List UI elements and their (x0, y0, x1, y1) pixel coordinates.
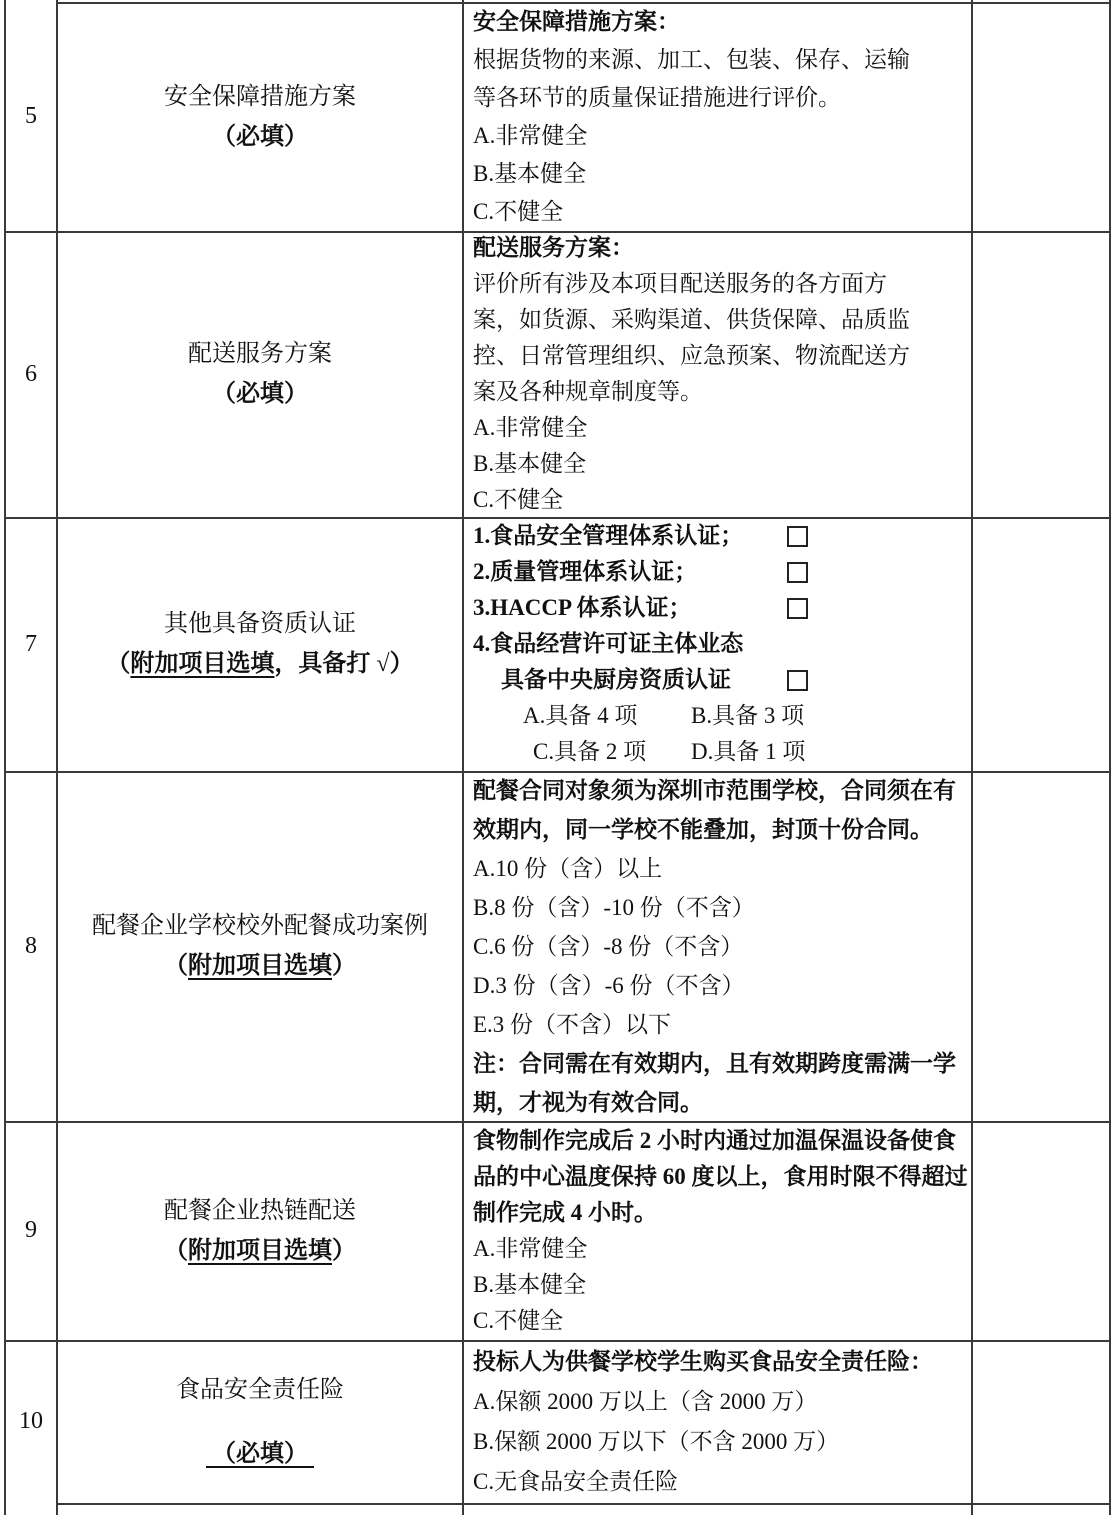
item-name-line: 安全保障措施方案 (164, 77, 356, 117)
criteria-line: 评价所有涉及本项目配送服务的各方面方 (473, 266, 965, 302)
criteria-line: 根据货物的来源、加工、包装、保存、运输 (473, 41, 965, 79)
criteria-line: 等各环节的质量保证措施进行评价。 (473, 79, 965, 117)
criteria-line: C.6 份（含）-8 份（不含） (473, 927, 965, 966)
item-name-cell: 其他具备资质认证（附加项目选填，具备打 √） (58, 517, 462, 771)
item-name-cell: 配餐企业热链配送（附加项目选填） (58, 1121, 462, 1340)
checkbox-icon (787, 670, 808, 691)
criteria-line: A.10 份（含）以上 (473, 849, 965, 888)
row-number-cell: 10 (6, 1340, 56, 1503)
criteria-line: A.具备 4 项B.具备 3 项 (473, 698, 965, 734)
criteria-line: B.保额 2000 万以下（不含 2000 万） (473, 1422, 965, 1462)
item-name-line: （必填） (206, 1434, 314, 1474)
option-label: A.具备 4 项 (523, 698, 691, 734)
criteria-line: A.非常健全 (473, 410, 965, 446)
criteria-line: 效期内，同一学校不能叠加，封顶十份合同。 (473, 810, 965, 849)
item-name-line: （附加项目选填） (164, 946, 356, 986)
criteria-line: 投标人为供餐学校学生购买食品安全责任险： (473, 1342, 965, 1382)
score-cell (973, 1121, 1109, 1340)
criteria-line: 案，如货源、采购渠道、供货保障、品质监 (473, 302, 965, 338)
criteria-cell: 配送服务方案：评价所有涉及本项目配送服务的各方面方案，如货源、采购渠道、供货保障… (464, 231, 969, 517)
criteria-line: 3.HACCP 体系认证； (473, 590, 965, 626)
item-name-line: （附加项目选填，具备打 √） (106, 644, 413, 684)
row-number-cell: 7 (6, 517, 56, 771)
item-name-line: （附加项目选填） (164, 1231, 356, 1271)
criteria-line: C.不健全 (473, 1303, 965, 1339)
criteria-line: 期，才视为有效合同。 (473, 1083, 965, 1122)
criteria-line: A.保额 2000 万以上（含 2000 万） (473, 1382, 965, 1422)
criteria-line: 1.食品安全管理体系认证； (473, 518, 965, 554)
score-cell (973, 2, 1109, 231)
criteria-line: 注：合同需在有效期内，且有效期跨度需满一学 (473, 1044, 965, 1083)
item-name-line: 食品安全责任险 (176, 1370, 344, 1410)
criteria-line: 食物制作完成后 2 小时内通过加温保温设备使食 (473, 1123, 965, 1159)
score-cell (973, 231, 1109, 517)
criteria-cell: 1.食品安全管理体系认证；2.质量管理体系认证；3.HACCP 体系认证；4.食… (464, 517, 969, 771)
row-number-cell: 9 (6, 1121, 56, 1340)
option-label: C.具备 2 项 (533, 734, 691, 770)
item-name-line: （必填） (212, 374, 308, 414)
item-name-cell: 配送服务方案（必填） (58, 231, 462, 517)
criteria-line: B.基本健全 (473, 155, 965, 193)
checkbox-icon (787, 526, 808, 547)
checkbox-icon (787, 562, 808, 583)
item-name-line: 配餐企业热链配送 (164, 1191, 356, 1231)
table-border-bottom (56, 1503, 1111, 1505)
criteria-cell: 安全保障措施方案：根据货物的来源、加工、包装、保存、运输等各环节的质量保证措施进… (464, 2, 969, 231)
item-name-cell: 配餐企业学校校外配餐成功案例（附加项目选填） (58, 771, 462, 1121)
criteria-line: 制作完成 4 小时。 (473, 1195, 965, 1231)
criteria-line: C.具备 2 项D.具备 1 项 (473, 734, 965, 770)
criteria-line: D.3 份（含）-6 份（不含） (473, 966, 965, 1005)
criteria-line: 具备中央厨房资质认证 (473, 662, 965, 698)
criteria-line: 配送服务方案： (473, 230, 965, 266)
item-name-line: 配餐企业学校校外配餐成功案例 (92, 906, 428, 946)
criteria-line: 4.食品经营许可证主体业态 (473, 626, 965, 662)
criteria-line: 安全保障措施方案： (473, 3, 965, 41)
table-border-right (1109, 0, 1111, 1515)
score-cell (973, 771, 1109, 1121)
criteria-line: B.基本健全 (473, 446, 965, 482)
criteria-line: E.3 份（不含）以下 (473, 1005, 965, 1044)
criteria-line: C.不健全 (473, 193, 965, 231)
criteria-line: 品的中心温度保持 60 度以上，食用时限不得超过 (473, 1159, 965, 1195)
item-name-line: 配送服务方案 (188, 334, 332, 374)
item-name-cell: 安全保障措施方案（必填） (58, 2, 462, 231)
score-cell (973, 517, 1109, 771)
checkbox-icon (787, 598, 808, 619)
item-name-line: （必填） (212, 117, 308, 157)
criteria-cell: 食物制作完成后 2 小时内通过加温保温设备使食品的中心温度保持 60 度以上，食… (464, 1121, 969, 1340)
criteria-line: C.无食品安全责任险 (473, 1462, 965, 1502)
criteria-line: 控、日常管理组织、应急预案、物流配送方 (473, 338, 965, 374)
option-label: B.具备 3 项 (691, 703, 804, 728)
item-name-line: 其他具备资质认证 (164, 604, 356, 644)
score-cell (973, 1340, 1109, 1503)
criteria-cell: 投标人为供餐学校学生购买食品安全责任险：A.保额 2000 万以上（含 2000… (464, 1340, 969, 1503)
criteria-line: C.不健全 (473, 482, 965, 518)
criteria-line: A.非常健全 (473, 117, 965, 155)
document-page: 5安全保障措施方案（必填）安全保障措施方案：根据货物的来源、加工、包装、保存、运… (0, 0, 1114, 1515)
criteria-line: B.基本健全 (473, 1267, 965, 1303)
criteria-cell: 配餐合同对象须为深圳市范围学校，合同须在有效期内，同一学校不能叠加，封顶十份合同… (464, 771, 969, 1121)
option-label: D.具备 1 项 (691, 739, 805, 764)
item-name-cell: 食品安全责任险 （必填） (58, 1340, 462, 1503)
criteria-line: 配餐合同对象须为深圳市范围学校，合同须在有 (473, 771, 965, 810)
criteria-line: 案及各种规章制度等。 (473, 374, 965, 410)
criteria-line: A.非常健全 (473, 1231, 965, 1267)
row-number-cell: 6 (6, 231, 56, 517)
row-number-cell: 5 (6, 2, 56, 231)
criteria-line: B.8 份（含）-10 份（不含） (473, 888, 965, 927)
criteria-line: 2.质量管理体系认证； (473, 554, 965, 590)
row-number-cell: 8 (6, 771, 56, 1121)
